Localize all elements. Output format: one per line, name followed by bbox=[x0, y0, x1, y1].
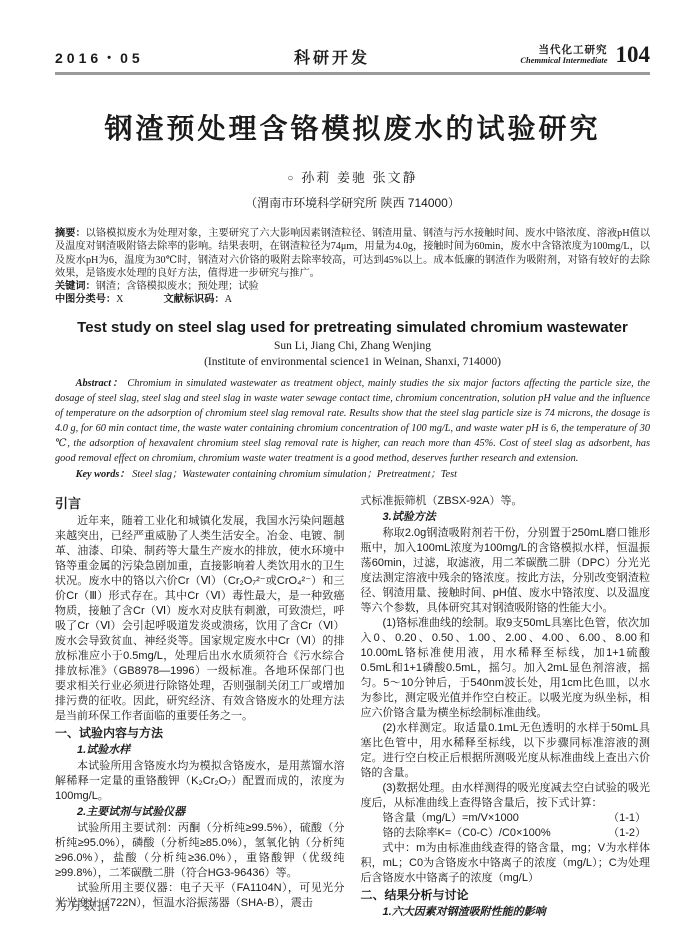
left-column: 引言 近年来，随着工业化和城镇化发展，我国水污染问题越来越突出，已经严重威胁了人… bbox=[55, 494, 345, 921]
author-marker-icon: ○ bbox=[287, 173, 295, 184]
paragraph-reagents: 试验所用主要试剂：丙酮（分析纯≥99.5%），硫酸（分析纯≥95.0%），磷酸（… bbox=[55, 821, 345, 881]
doc-code-value: A bbox=[225, 294, 232, 305]
keywords-cn-label: 关键词： bbox=[55, 281, 96, 292]
equation-1-number: （1-1） bbox=[608, 811, 646, 826]
abstract-en-label: Abstract： bbox=[76, 378, 124, 389]
authors-cn: ○孙莉 姜驰 张文静 bbox=[55, 167, 650, 186]
abstract-cn-label: 摘要： bbox=[55, 228, 86, 239]
affiliation-cn: （渭南市环境科学研究所 陕西 714000） bbox=[55, 194, 650, 211]
intro-heading: 引言 bbox=[55, 496, 345, 511]
subheading-water-sample: 1.试验水样 bbox=[55, 743, 345, 758]
keywords-en-text: Steel slag；Wastewater containing chromiu… bbox=[132, 469, 457, 480]
issue-date: 2016・05 bbox=[55, 48, 144, 68]
wanfang-watermark: 万方数据 bbox=[55, 895, 111, 914]
abstract-en-text: Chromium in simulated wastewater as trea… bbox=[55, 378, 650, 464]
authors-en: Sun Li, Jiang Chi, Zhang Wenjing bbox=[55, 340, 650, 352]
subheading-method: 3.试验方法 bbox=[361, 510, 651, 525]
page-number: 104 bbox=[615, 42, 650, 68]
subheading-six-factors: 1.六大因素对钢渣吸附性能的影响 bbox=[361, 905, 651, 920]
journal-name-block: 当代化工研究 Chemmical Intermediate bbox=[520, 45, 607, 65]
abstract-en: Abstract： Chromium in simulated wastewat… bbox=[55, 376, 650, 466]
affiliation-en: (Institute of environmental science1 in … bbox=[55, 356, 650, 368]
section1-heading: 一、试验内容与方法 bbox=[55, 726, 345, 741]
paragraph-symbols: 式中：m为由标准曲线查得的铬含量，mg；V为水样体积，mL；C0为含铬废水中铬离… bbox=[361, 841, 651, 886]
equation-1-formula: 铬含量（mg/L）=m/V×1000 bbox=[383, 811, 519, 826]
paragraph-sample-measure: (2)水样测定。取适量0.1mL无色透明的水样于50mL具塞比色管中，用水稀释至… bbox=[361, 721, 651, 781]
authors-cn-names: 孙莉 姜驰 张文静 bbox=[301, 170, 417, 185]
journal-info: 当代化工研究 Chemmical Intermediate 104 bbox=[520, 42, 650, 68]
journal-name-en: Chemmical Intermediate bbox=[520, 56, 607, 65]
section-title: 科研开发 bbox=[294, 45, 370, 68]
header-rule bbox=[55, 72, 650, 75]
clc-label: 中图分类号： bbox=[55, 294, 116, 305]
keywords-cn: 关键词：钢渣；含铬模拟废水；预处理；试验 bbox=[55, 280, 650, 293]
doc-code-label: 文献标识码： bbox=[163, 294, 224, 305]
keywords-en: Key words： Steel slag；Wastewater contain… bbox=[55, 467, 650, 482]
intro-paragraph: 近年来，随着工业化和城镇化发展，我国水污染问题越来越突出，已经严重威胁了人类生活… bbox=[55, 514, 345, 724]
paragraph-water-sample: 本试验所用含铬废水均为模拟含铬废水，是用蒸馏水溶解稀释一定量的重铬酸钾（K₂Cr… bbox=[55, 759, 345, 804]
paragraph-method: 称取2.0g钢渣吸附剂若干份，分别置于250mL磨口锥形瓶中，加入100mL浓度… bbox=[361, 526, 651, 616]
paper-title-en: Test study on steel slag used for pretre… bbox=[55, 319, 650, 336]
paragraph-data-processing: (3)数据处理。由水样测得的吸光度减去空白试验的吸光度后，从标准曲线上查得铬含量… bbox=[361, 781, 651, 811]
clc-line: 中图分类号：X文献标识码：A bbox=[55, 293, 650, 306]
section2-heading: 二、结果分析与讨论 bbox=[361, 888, 651, 903]
clc-value: X bbox=[116, 294, 123, 305]
keywords-cn-text: 钢渣；含铬模拟废水；预处理；试验 bbox=[96, 281, 259, 292]
subheading-reagents: 2.主要试剂与试验仪器 bbox=[55, 805, 345, 820]
abstract-cn: 摘要：以铬模拟废水为处理对象，主要研究了六大影响因素钢渣粒径、钢渣用量、钢渣与污… bbox=[55, 227, 650, 280]
paragraph-instruments-cont: 式标准振筛机（ZBSX-92A）等。 bbox=[361, 494, 651, 509]
equation-2-formula: 铬的去除率K=（C0-C）/C0×100% bbox=[383, 826, 551, 841]
right-column: 式标准振筛机（ZBSX-92A）等。 3.试验方法 称取2.0g钢渣吸附剂若干份… bbox=[361, 494, 651, 921]
page-header: 2016・05 科研开发 当代化工研究 Chemmical Intermedia… bbox=[55, 0, 650, 68]
equation-1: 铬含量（mg/L）=m/V×1000 （1-1） bbox=[361, 811, 651, 826]
paragraph-standard-curve: (1)铬标准曲线的绘制。取9支50mL具塞比色管，依次加入0、0.20、0.50… bbox=[361, 616, 651, 721]
abstract-cn-text: 以铬模拟废水为处理对象，主要研究了六大影响因素钢渣粒径、钢渣用量、钢渣与污水接触… bbox=[55, 228, 650, 279]
equation-2-number: （1-2） bbox=[608, 826, 646, 841]
keywords-en-label: Key words： bbox=[76, 469, 130, 480]
journal-page: 2016・05 科研开发 当代化工研究 Chemmical Intermedia… bbox=[0, 0, 700, 944]
paper-title-cn: 钢渣预处理含铬模拟废水的试验研究 bbox=[55, 107, 650, 147]
equation-2: 铬的去除率K=（C0-C）/C0×100% （1-2） bbox=[361, 826, 651, 841]
body-columns: 引言 近年来，随着工业化和城镇化发展，我国水污染问题越来越突出，已经严重威胁了人… bbox=[55, 494, 650, 921]
